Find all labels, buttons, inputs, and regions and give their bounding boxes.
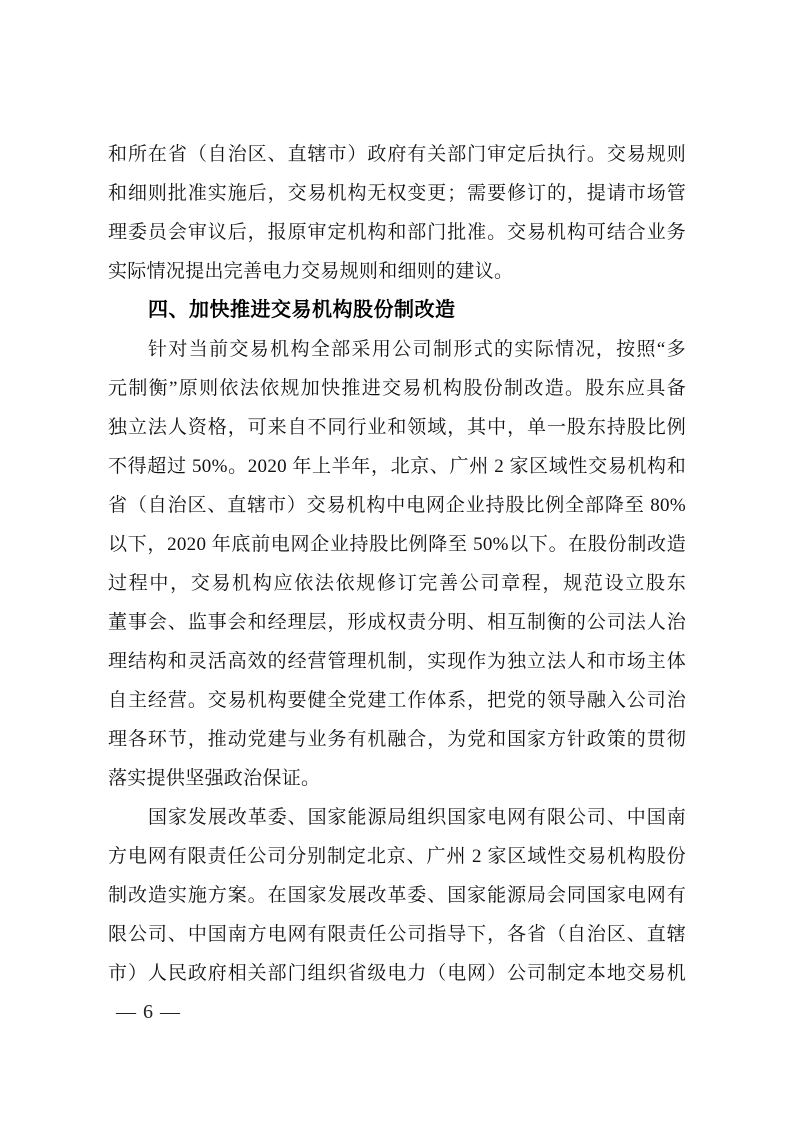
text-line: 限公司、中国南方电网有限责任公司指导下，各省（自治区、直辖 (108, 915, 686, 954)
text-line: 省（自治区、直辖市）交易机构中电网企业持股比例全部降至 80% (108, 486, 686, 525)
text-line: 市）人民政府相关部门组织省级电力（电网）公司制定本地交易机 (108, 954, 686, 993)
page-number: — 6 — (116, 997, 181, 1027)
text-line: 过程中，交易机构应依法依规修订完善公司章程，规范设立股东会、 (108, 564, 686, 603)
text-line: 理委员会审议后，报原审定机构和部门批准。交易机构可结合业务 (108, 213, 686, 252)
text-line: 独立法人资格，可来自不同行业和领域，其中，单一股东持股比例 (108, 408, 686, 447)
text-line: 以下，2020 年底前电网企业持股比例降至 50%以下。在股份制改造 (108, 525, 686, 564)
text-line: 实际情况提出完善电力交易规则和细则的建议。 (108, 252, 686, 291)
paragraph-share-reform: 针对当前交易机构全部采用公司制形式的实际情况，按照“多 元制衡”原则依法依规加快… (108, 330, 686, 798)
document-page: 和所在省（自治区、直辖市）政府有关部门审定后执行。交易规则 和细则批准实施后，交… (0, 0, 793, 1122)
text-line: 方电网有限责任公司分别制定北京、广州 2 家区域性交易机构股份 (108, 837, 686, 876)
text-line: 不得超过 50%。2020 年上半年，北京、广州 2 家区域性交易机构和 (108, 447, 686, 486)
section-heading: 四、加快推进交易机构股份制改造 (108, 291, 686, 330)
text-line: 董事会、监事会和经理层，形成权责分明、相互制衡的公司法人治 (108, 603, 686, 642)
text-line: 针对当前交易机构全部采用公司制形式的实际情况，按照“多 (108, 330, 686, 369)
text-line: 和细则批准实施后，交易机构无权变更；需要修订的，提请市场管 (108, 174, 686, 213)
text-line: 理各环节，推动党建与业务有机融合，为党和国家方针政策的贯彻 (108, 720, 686, 759)
text-line: 和所在省（自治区、直辖市）政府有关部门审定后执行。交易规则 (108, 135, 686, 174)
paragraph-continuation: 和所在省（自治区、直辖市）政府有关部门审定后执行。交易规则 和细则批准实施后，交… (108, 135, 686, 291)
paragraph-implementation-plan: 国家发展改革委、国家能源局组织国家电网有限公司、中国南 方电网有限责任公司分别制… (108, 798, 686, 993)
text-line: 理结构和灵活高效的经营管理机制，实现作为独立法人和市场主体 (108, 642, 686, 681)
text-line: 元制衡”原则依法依规加快推进交易机构股份制改造。股东应具备 (108, 369, 686, 408)
document-body: 和所在省（自治区、直辖市）政府有关部门审定后执行。交易规则 和细则批准实施后，交… (108, 135, 686, 993)
text-line: 自主经营。交易机构要健全党建工作体系，把党的领导融入公司治 (108, 681, 686, 720)
text-line: 制改造实施方案。在国家发展改革委、国家能源局会同国家电网有 (108, 876, 686, 915)
text-line: 落实提供坚强政治保证。 (108, 759, 686, 798)
text-line: 国家发展改革委、国家能源局组织国家电网有限公司、中国南 (108, 798, 686, 837)
